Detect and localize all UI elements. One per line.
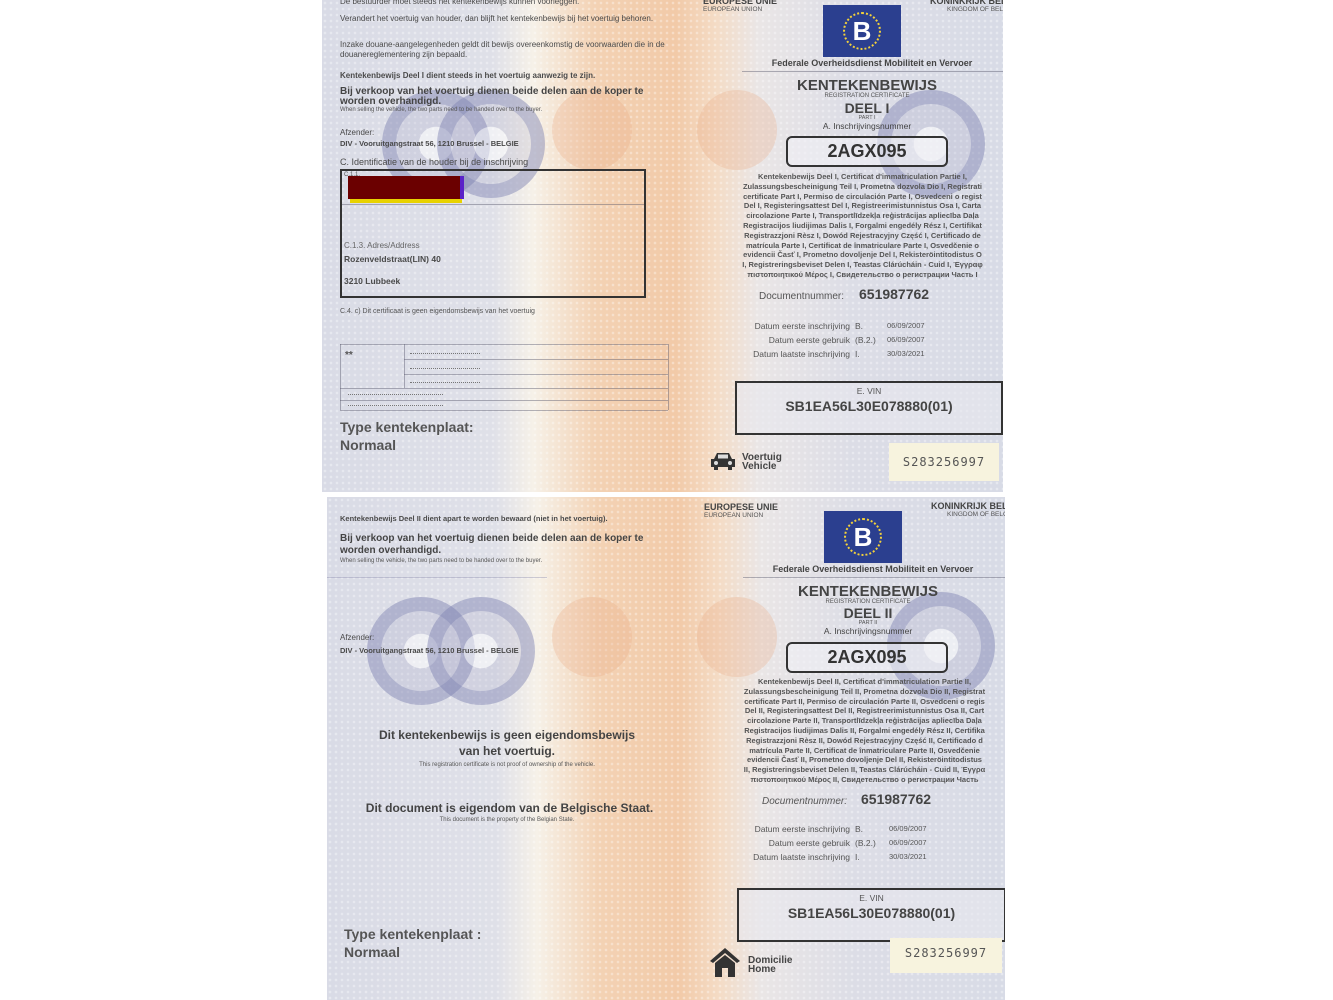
eu-label-en: EUROPEAN UNION	[703, 6, 762, 13]
date-label: Datum eerste inschrijving	[740, 321, 850, 331]
sale-notice-en: When selling the vehicle, the two parts …	[340, 107, 680, 113]
sale-notice-nl: Bij verkoop van het voertuig dienen beid…	[340, 533, 650, 557]
date-label: Datum laatste inschrijving	[730, 852, 850, 862]
country-letter: B	[853, 16, 872, 47]
sender-label: Afzender:	[340, 128, 374, 138]
state-property-en: This document is the property of the Bel…	[337, 817, 677, 823]
vin-box: E. VIN SB1EA56L30E078880(01)	[737, 888, 1005, 942]
footer-label-en: Vehicle	[742, 462, 782, 471]
sender-label: Afzender:	[340, 633, 374, 643]
serial-number: S283256997	[890, 938, 1002, 973]
ownership-note: C.4. c) Dit certificaat is geen eigendom…	[340, 308, 535, 315]
date-first-use: 06/09/2007	[887, 335, 925, 344]
ownership-line-2: van het voertuig.	[337, 743, 677, 759]
certificate-title-en: REGISTRATION CERTIFICATE	[762, 93, 972, 99]
eu-flag-logo: B	[824, 511, 902, 563]
date-first-registration: 06/09/2007	[887, 321, 925, 330]
date-code: I.	[855, 349, 860, 359]
intro-line-1: De bestuurder moet steeds het kentekenbe…	[340, 0, 680, 7]
registration-number-label: A. Inschrijvingsnummer	[763, 626, 973, 636]
date-code: I.	[855, 852, 860, 862]
holder-section-title: C. Identificatie van de houder bij de in…	[340, 157, 528, 167]
document-number: 651987762	[861, 791, 931, 807]
part-label: DEEL I	[762, 100, 972, 116]
eu-label-en: EUROPEAN UNION	[704, 512, 763, 519]
address-street: Rozenveldstraat(LIN) 40	[344, 254, 441, 264]
country-letter: B	[854, 522, 873, 553]
ministry-name: Federale Overheidsdienst Mobiliteit en V…	[762, 58, 982, 68]
sale-notice-en: When selling the vehicle, the two parts …	[340, 558, 680, 564]
vin-number: SB1EA56L30E078880(01)	[739, 905, 1004, 921]
registration-certificate-part-2: Kentekenbewijs Deel II dient apart te wo…	[327, 497, 1005, 1000]
ownership-line-1: Dit kentekenbewijs is geen eigendomsbewi…	[337, 727, 677, 743]
date-code: B.	[855, 321, 863, 331]
date-code: (B.2.)	[855, 838, 876, 848]
remarks-grid: **	[340, 344, 668, 411]
eu-flag-logo: B	[823, 5, 901, 57]
date-label: Datum eerste inschrijving	[740, 824, 850, 834]
intro-line-2: Verandert het voertuig van houder, dan b…	[340, 14, 670, 24]
date-label: Datum eerste gebruik	[740, 335, 850, 345]
plate-type-value: Normaal	[340, 437, 396, 453]
footer-label: Voertuig Vehicle	[742, 453, 782, 471]
state-property-nl: Dit document is eigendom van de Belgisch…	[337, 801, 682, 815]
plate-type-value: Normaal	[344, 944, 400, 960]
plate-type-label: Type kentekenplaat:	[340, 419, 474, 435]
eu-label-nl: EUROPESE UNIE	[704, 502, 778, 512]
date-first-use: 06/09/2007	[889, 838, 927, 847]
address-city: 3210 Lubbeek	[344, 276, 400, 286]
intro-line-3: Inzake douane-aangelegenheden geldt dit …	[340, 40, 675, 60]
vin-label: E. VIN	[737, 386, 1001, 396]
divider	[743, 577, 1005, 578]
keep-separately-notice: Kentekenbewijs Deel II dient apart te wo…	[340, 514, 700, 524]
sale-notice-nl: Bij verkoop van het voertuig dienen beid…	[340, 87, 650, 107]
date-label: Datum eerste gebruik	[740, 838, 850, 848]
date-first-registration: 06/09/2007	[889, 824, 927, 833]
vin-label: E. VIN	[739, 893, 1004, 903]
registration-certificate-part-1: De bestuurder moet steeds het kentekenbe…	[322, 0, 1003, 492]
date-label: Datum laatste inschrijving	[730, 349, 850, 359]
divider	[327, 577, 547, 578]
serial-number: S283256997	[889, 443, 999, 481]
holder-name-redacted	[348, 176, 464, 199]
date-last-registration: 30/03/2021	[889, 852, 927, 861]
vin-box: E. VIN SB1EA56L30E078880(01)	[735, 381, 1003, 435]
divider	[742, 71, 1003, 72]
document-number-label: Documentnummer:	[759, 291, 844, 302]
holder-box: C.1.1. C.1.3. Adres/Address Rozenveldstr…	[340, 169, 646, 298]
vin-number: SB1EA56L30E078880(01)	[737, 398, 1001, 414]
document-number-label: Documentnummer:	[762, 796, 847, 807]
ministry-name: Federale Overheidsdienst Mobiliteit en V…	[763, 564, 983, 574]
plate-type-label: Type kentekenplaat :	[344, 926, 481, 942]
date-code: B.	[855, 824, 863, 834]
registration-number: 2AGX095	[786, 136, 948, 167]
multilingual-title-block: Kentekenbewijs Deel II, Certificat d'imm…	[722, 677, 1005, 785]
keep-in-vehicle-notice: Kentekenbewijs Deel I dient steeds in he…	[340, 71, 700, 81]
home-icon	[708, 946, 742, 978]
certificate-title: KENTEKENBEWIJS	[762, 77, 972, 94]
remarks-stars: **	[345, 350, 353, 361]
kingdom-label-en: KINGDOM OF BELGIUM	[947, 6, 1003, 13]
car-icon	[709, 450, 737, 472]
seal-watermark	[552, 597, 632, 677]
registration-number-label: A. Inschrijvingsnummer	[762, 121, 972, 131]
multilingual-title-block: Kentekenbewijs Deel I, Certificat d'imma…	[720, 172, 1003, 280]
ownership-statement-nl: Dit kentekenbewijs is geen eigendomsbewi…	[337, 727, 677, 759]
address-label: C.1.3. Adres/Address	[344, 241, 420, 251]
part-label: DEEL II	[763, 605, 973, 621]
document-number: 651987762	[859, 286, 929, 302]
footer-label: Domicilie Home	[748, 956, 792, 974]
sender-address: DIV - Vooruitgangstraat 56, 1210 Brussel…	[340, 646, 519, 656]
date-last-registration: 30/03/2021	[887, 349, 925, 358]
kingdom-label-en: KINGDOM OF BELGIUM	[947, 511, 1005, 518]
registration-number: 2AGX095	[786, 642, 948, 673]
divider	[342, 204, 644, 205]
kingdom-label-nl: KONINKRIJK BELGIË	[931, 501, 1005, 511]
certificate-title: KENTEKENBEWIJS	[763, 583, 973, 600]
footer-label-en: Home	[748, 965, 792, 974]
ownership-statement-en: This registration certificate is not pro…	[337, 762, 677, 768]
date-code: (B.2.)	[855, 335, 876, 345]
sender-address: DIV - Vooruitgangstraat 56, 1210 Brussel…	[340, 139, 519, 149]
